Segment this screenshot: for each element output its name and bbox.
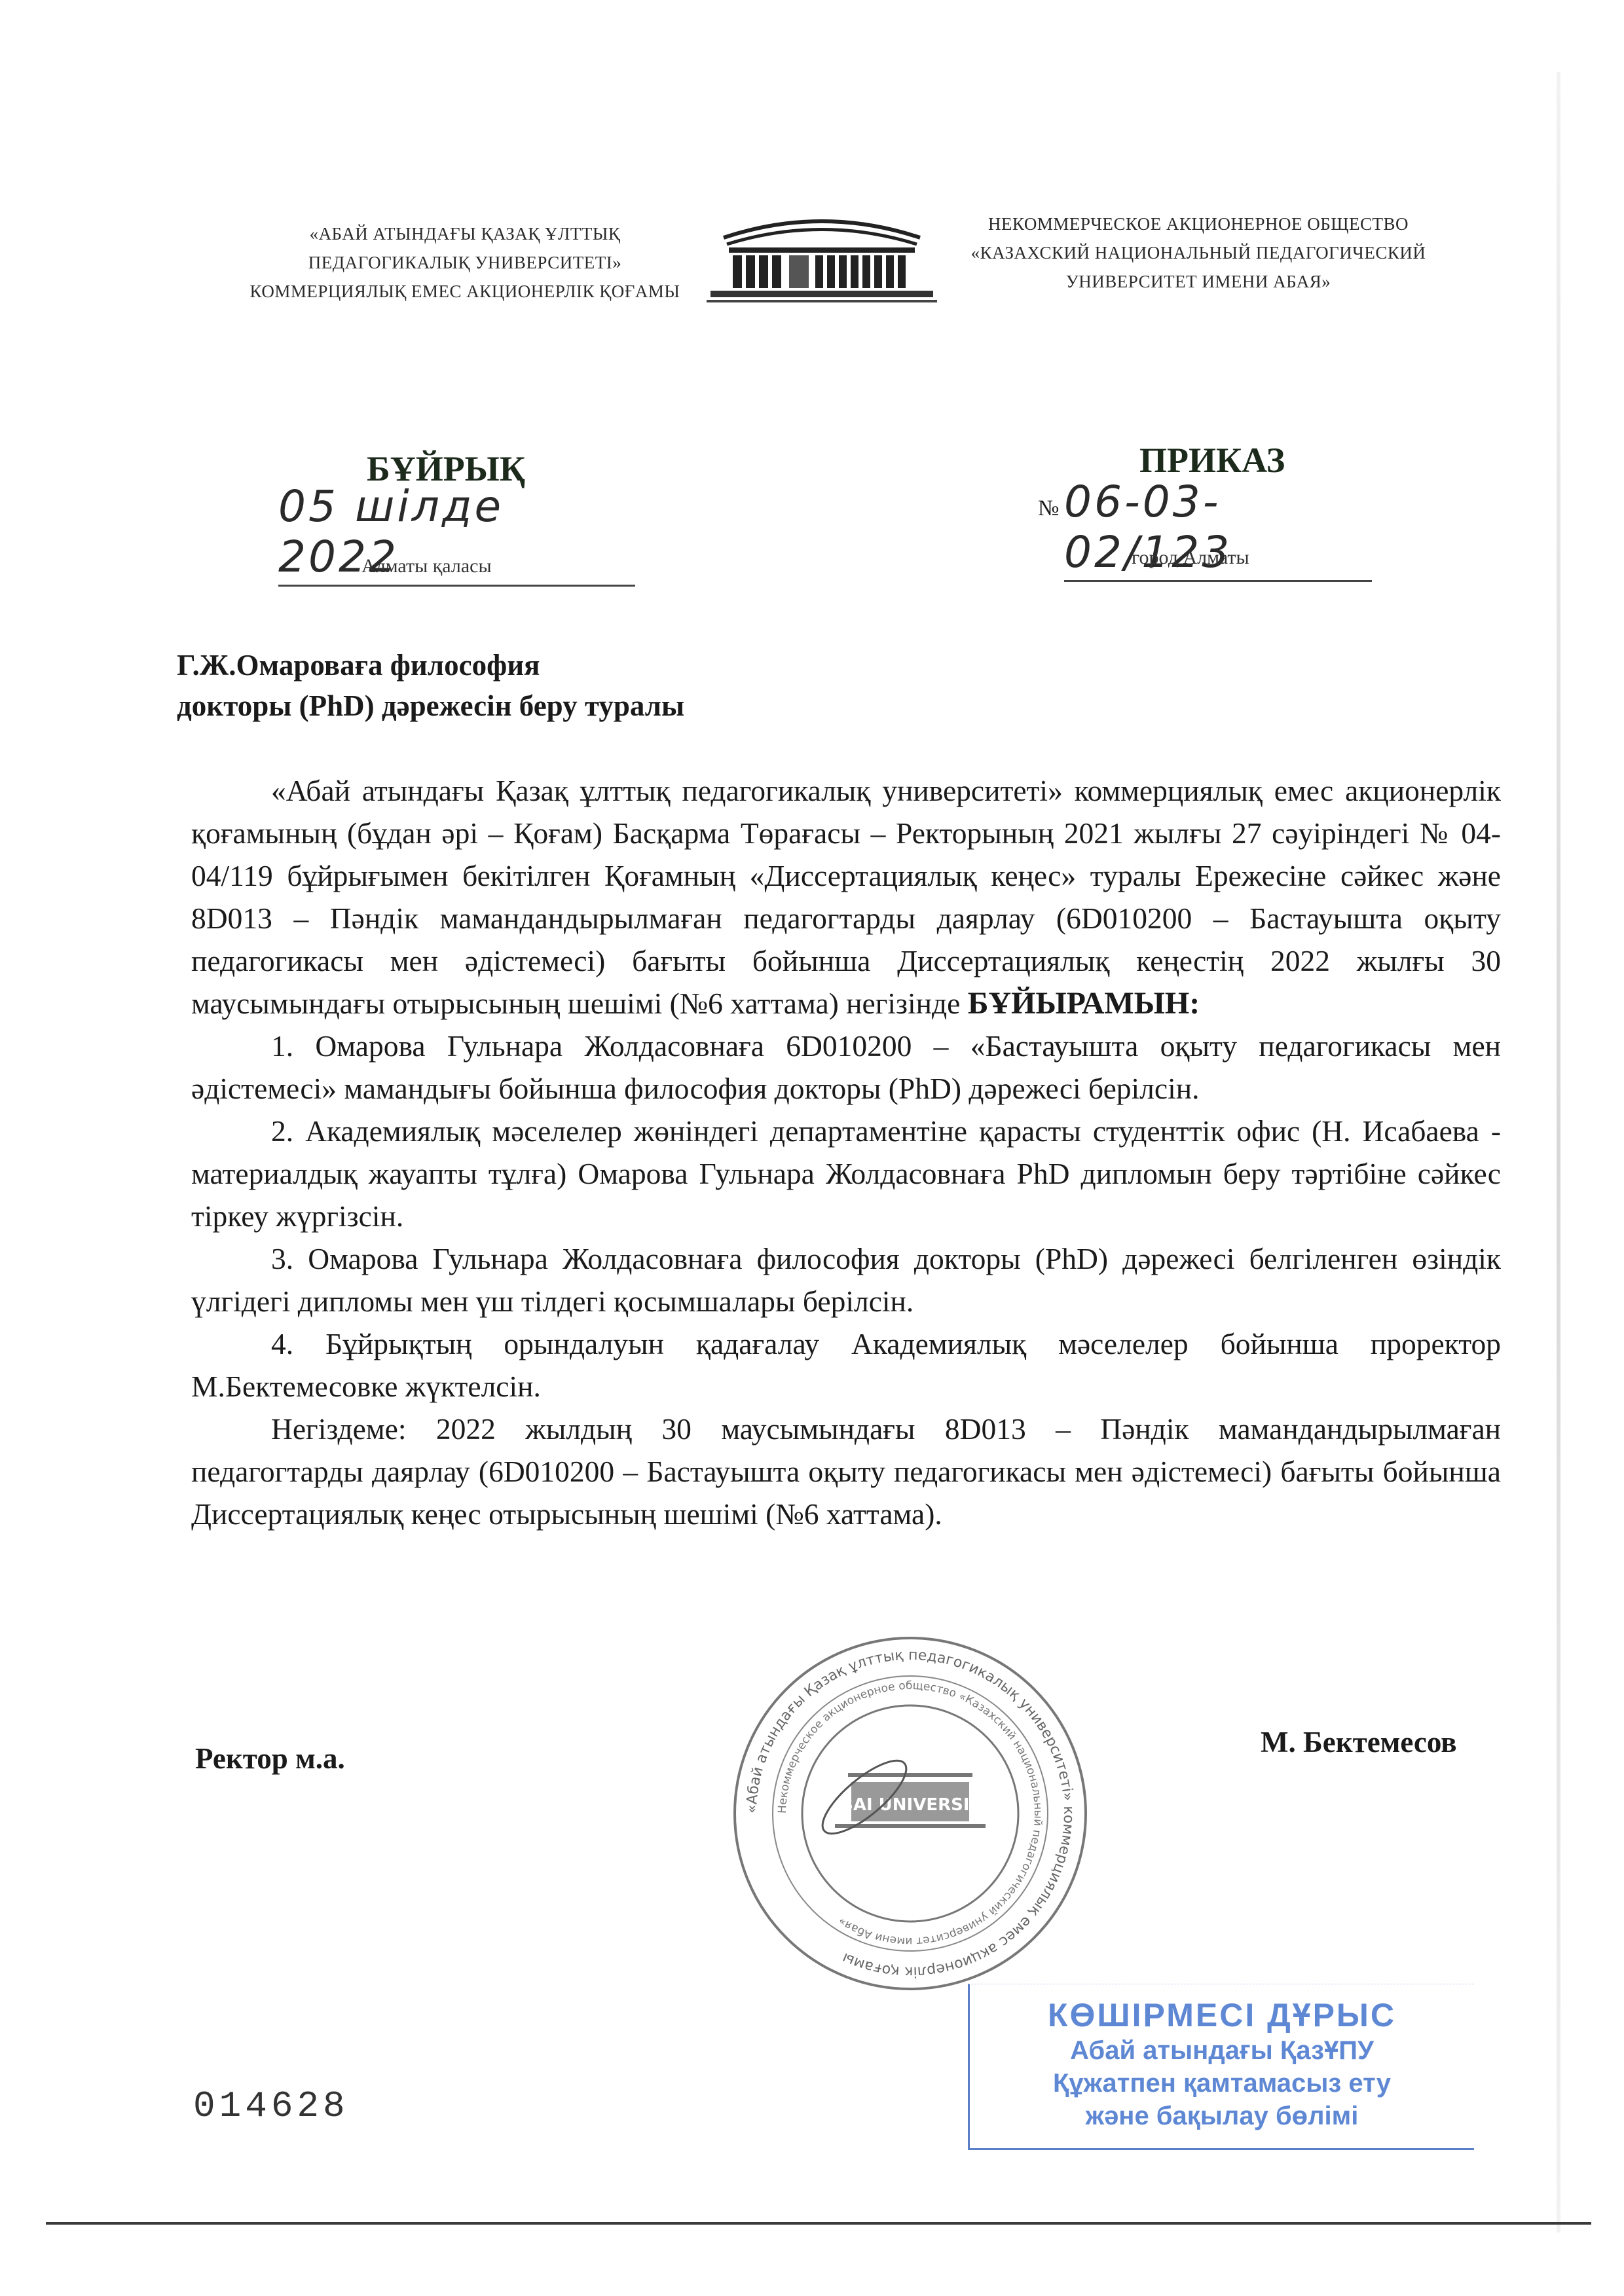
serial-number: 014628 xyxy=(193,2085,349,2127)
city-ru: город Алматы xyxy=(1132,547,1249,569)
order-title-ru: ПРИКАЗ xyxy=(1139,440,1285,481)
subject-line: докторы (PhD) дәрежесін беру туралы xyxy=(177,685,684,726)
header-org-ru-line: НЕКОММЕРЧЕСКОЕ АКЦИОНЕРНОЕ ОБЩЕСТВО xyxy=(904,210,1493,238)
order-subject: Г.Ж.Омароваға философия докторы (PhD) дә… xyxy=(177,645,684,726)
header-org-kz-line: «АБАЙ АТЫНДАҒЫ ҚАЗАҚ ҰЛТТЫҚ xyxy=(236,219,694,248)
stamp-line-4: және бақылау бөлімі xyxy=(970,2100,1474,2132)
order-item: 1. Омарова Гульнара Жолдасовнаға 6D01020… xyxy=(191,1025,1501,1110)
stamp-line-1: КӨШІРМЕСІ ДҰРЫС xyxy=(970,1996,1474,2034)
basis-paragraph: Негіздеме: 2022 жылдың 30 маусымындағы 8… xyxy=(191,1408,1501,1535)
signatory-name: М. Бектемесов xyxy=(1261,1725,1457,1759)
order-item: 2. Академиялық мәселелер жөніндегі депар… xyxy=(191,1110,1501,1237)
order-number-sign: № xyxy=(1038,496,1059,521)
header-org-kz-line: ПЕДАГОГИКАЛЫҚ УНИВЕРСИТЕТІ» xyxy=(236,248,694,277)
order-item: 4. Бұйрықтың орындалуын қадағалау Академ… xyxy=(191,1322,1501,1408)
city-kz: Алматы қаласы xyxy=(361,555,492,577)
header-org-kz: «АБАЙ АТЫНДАҒЫ ҚАЗАҚ ҰЛТТЫҚ ПЕДАГОГИКАЛЫ… xyxy=(236,219,694,306)
page-bottom-rule xyxy=(46,2222,1591,2225)
stamp-line-3: Құжатпен қамтамасыз ету xyxy=(970,2067,1474,2100)
official-seal: «Абай атындағы Қазақ ұлттық педагогикалы… xyxy=(727,1630,1094,1997)
header-org-ru-line: «КАЗАХСКИЙ НАЦИОНАЛЬНЫЙ ПЕДАГОГИЧЕСКИЙ xyxy=(904,238,1493,267)
order-item: 3. Омарова Гульнара Жолдасовнаға философ… xyxy=(191,1237,1501,1322)
stamp-line-2: Абай атындағы ҚазҰПУ xyxy=(970,2034,1474,2067)
copy-certification-stamp: КӨШІРМЕСІ ДҰРЫС Абай атындағы ҚазҰПУ Құж… xyxy=(968,1984,1474,2150)
header-org-ru-line: УНИВЕРСИТЕТ ИМЕНИ АБАЯ» xyxy=(904,267,1493,296)
order-word: БҰЙЫРАМЫН: xyxy=(968,986,1200,1021)
subject-line: Г.Ж.Омароваға философия xyxy=(177,645,684,685)
header-org-ru: НЕКОММЕРЧЕСКОЕ АКЦИОНЕРНОЕ ОБЩЕСТВО «КАЗ… xyxy=(904,210,1493,296)
preamble-text: «Абай атындағы Қазақ ұлттық педагогикалы… xyxy=(191,774,1501,1020)
page-edge-shadow xyxy=(1557,72,1560,2232)
signatory-position: Ректор м.а. xyxy=(195,1741,345,1776)
order-body: «Абай атындағы Қазақ ұлттық педагогикалы… xyxy=(191,769,1501,1535)
svg-text:ABAI UNIVERSITY: ABAI UNIVERSITY xyxy=(827,1795,994,1815)
header-org-kz-line: КОММЕРЦИЯЛЫҚ ЕМЕС АКЦИОНЕРЛІК ҚОҒАМЫ xyxy=(236,277,694,306)
round-seal-icon: «Абай атындағы Қазақ ұлттық педагогикалы… xyxy=(727,1630,1094,1997)
preamble-paragraph: «Абай атындағы Қазақ ұлттық педагогикалы… xyxy=(191,769,1501,1025)
